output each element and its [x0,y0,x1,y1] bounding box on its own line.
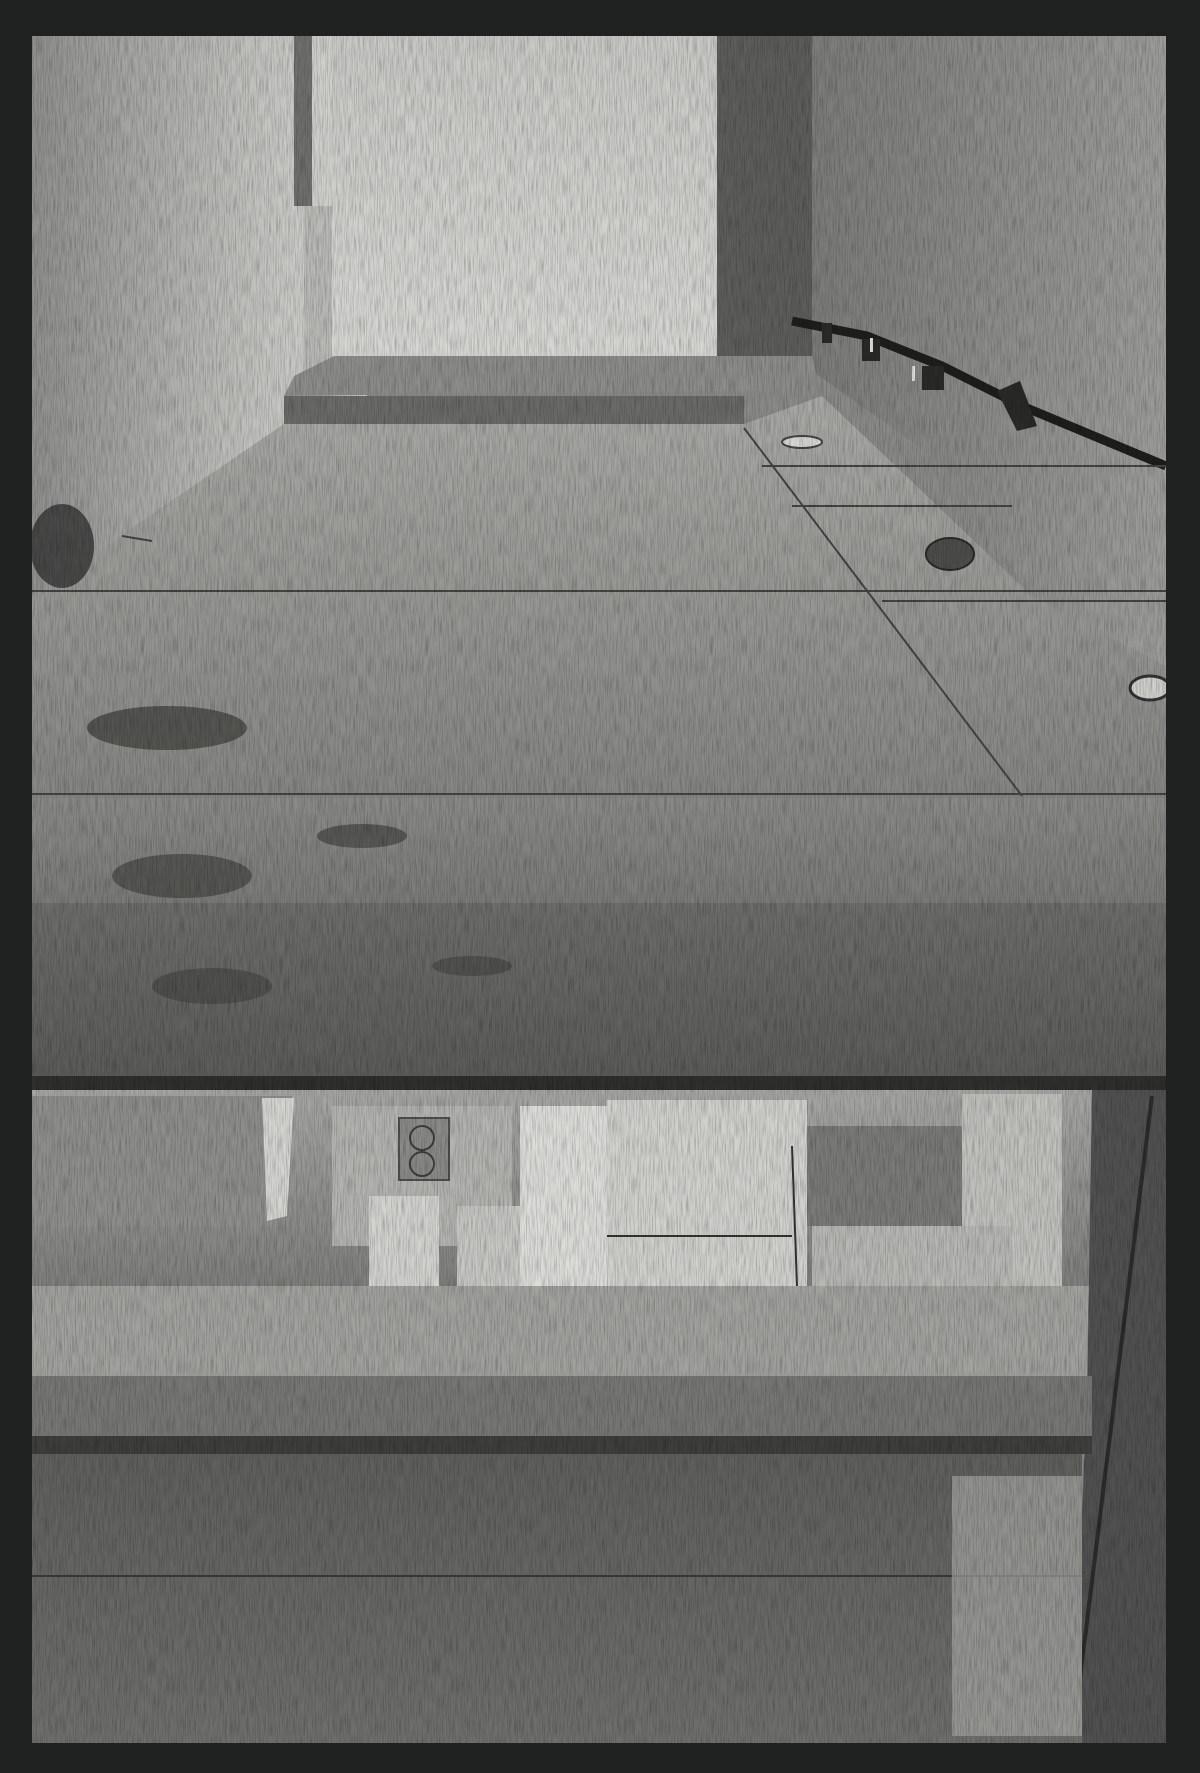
film-grain [32,36,1166,1743]
photo-scene [32,36,1166,1743]
photograph: Looking along a bare concrete corridor f… [32,36,1166,1743]
